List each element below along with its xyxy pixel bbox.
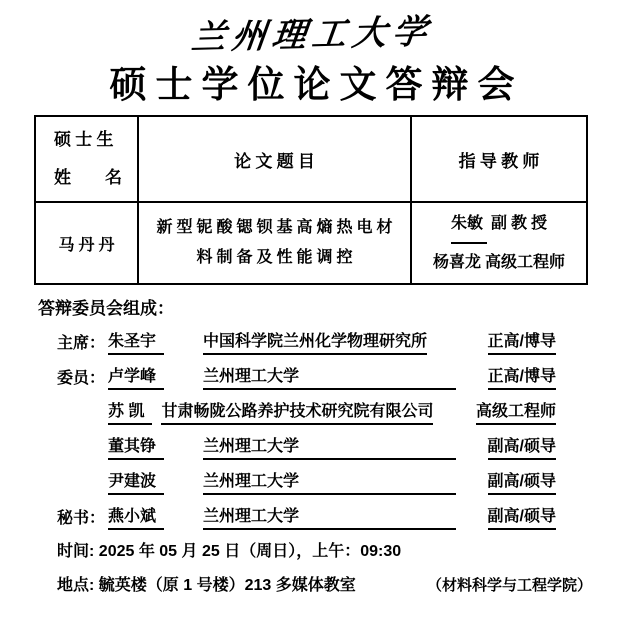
table-data-row: 马 丹 丹 新 型 铌 酸 锶 钡 基 高 熵 热 电 材 料 制 备 及 性 … bbox=[35, 202, 587, 284]
location-value: 毓英楼（原 1 号楼）213 多媒体教室 bbox=[99, 575, 356, 597]
member-name: 燕小斌 bbox=[108, 506, 164, 530]
member-affiliation: 兰州理工大学 bbox=[203, 368, 299, 385]
header-thesis-title: 论 文 题 目 bbox=[138, 116, 411, 202]
member-rank: 副高/硕导 bbox=[488, 436, 556, 460]
time-value: 2025 年 05 月 25 日（周日），上午：09:30 bbox=[99, 541, 401, 563]
committee-row-secretary: 秘书： 燕小斌 兰州理工大学 副高/硕导 bbox=[57, 506, 556, 530]
committee-row-member-4: 尹建波 兰州理工大学 副高/硕导 bbox=[57, 471, 556, 495]
member-rank: 副高/硕导 bbox=[488, 471, 556, 495]
advisor-2-title: 高级工程师 bbox=[485, 254, 565, 271]
advisor-1-title: 副 教 授 bbox=[491, 215, 547, 232]
role-label: 主席： bbox=[57, 333, 108, 355]
committee-row-member-2: 苏 凯 甘肃畅陇公路养护技术研究院有限公司 高级工程师 bbox=[57, 401, 556, 425]
member-name: 尹建波 bbox=[108, 471, 164, 495]
committee-row-chair: 主席： 朱圣宇 中国科学院兰州化学物理研究所 正高/博导 bbox=[57, 331, 556, 355]
committee-row-member-3: 董其铮 兰州理工大学 副高/硕导 bbox=[57, 436, 556, 460]
advisor-2-name: 杨喜龙 bbox=[433, 254, 481, 271]
department-label: （材料科学与工程学院） bbox=[427, 575, 592, 597]
role-label: 委员： bbox=[57, 368, 108, 390]
defense-info-table: 硕 士 生 姓 名 论 文 题 目 指 导 教 师 马 丹 丹 新 型 铌 酸 … bbox=[34, 115, 588, 285]
university-logo-calligraphy: 兰州理工大学 bbox=[0, 2, 624, 70]
member-affiliation: 甘肃畅陇公路养护技术研究院有限公司 bbox=[161, 401, 433, 425]
member-affiliation: 兰州理工大学 bbox=[203, 438, 299, 455]
role-label: 秘书： bbox=[57, 508, 108, 530]
page-title: 硕士学位论文答辩会 bbox=[0, 64, 624, 108]
member-name: 苏 凯 bbox=[108, 401, 152, 425]
member-name: 卢学峰 bbox=[108, 366, 164, 390]
member-name: 朱圣宇 bbox=[108, 331, 164, 355]
cell-advisors: 朱敏 副 教 授 杨喜龙 高级工程师 bbox=[411, 202, 587, 284]
advisor-1: 朱敏 副 教 授 bbox=[412, 205, 586, 244]
time-row: 时间: 2025 年 05 月 25 日（周日），上午：09:30 bbox=[57, 541, 592, 563]
member-rank: 副高/硕导 bbox=[488, 506, 556, 530]
member-affiliation: 兰州理工大学 bbox=[203, 508, 299, 525]
member-name: 董其铮 bbox=[108, 436, 164, 460]
header-advisor: 指 导 教 师 bbox=[411, 116, 587, 202]
committee-heading: 答辩委员会组成： bbox=[38, 294, 624, 319]
cell-thesis-title: 新 型 铌 酸 锶 钡 基 高 熵 热 电 材 料 制 备 及 性 能 调 控 bbox=[138, 202, 411, 284]
location-label: 地点: bbox=[57, 575, 94, 597]
advisor-2: 杨喜龙 高级工程师 bbox=[412, 244, 586, 281]
thesis-title-line2: 料 制 备 及 性 能 调 控 bbox=[139, 243, 410, 273]
header-student-line2: 姓 名 bbox=[54, 159, 137, 197]
time-label: 时间: bbox=[57, 541, 94, 563]
thesis-title-line1: 新 型 铌 酸 锶 钡 基 高 熵 热 电 材 bbox=[139, 213, 410, 243]
advisor-1-name: 朱敏 bbox=[451, 205, 487, 244]
member-affiliation: 中国科学院兰州化学物理研究所 bbox=[203, 331, 427, 355]
member-rank: 高级工程师 bbox=[476, 401, 556, 425]
location-row: 地点: 毓英楼（原 1 号楼）213 多媒体教室 （材料科学与工程学院） bbox=[57, 575, 592, 597]
member-affiliation: 兰州理工大学 bbox=[203, 473, 299, 490]
member-rank: 正高/博导 bbox=[488, 366, 556, 390]
committee-row-member-1: 委员： 卢学峰 兰州理工大学 正高/博导 bbox=[57, 366, 556, 390]
header-student-line1: 硕 士 生 bbox=[54, 121, 137, 159]
table-header-row: 硕 士 生 姓 名 论 文 题 目 指 导 教 师 bbox=[35, 116, 587, 202]
header-student-name: 硕 士 生 姓 名 bbox=[35, 116, 138, 202]
cell-student-name: 马 丹 丹 bbox=[35, 202, 138, 284]
member-rank: 正高/博导 bbox=[488, 331, 556, 355]
